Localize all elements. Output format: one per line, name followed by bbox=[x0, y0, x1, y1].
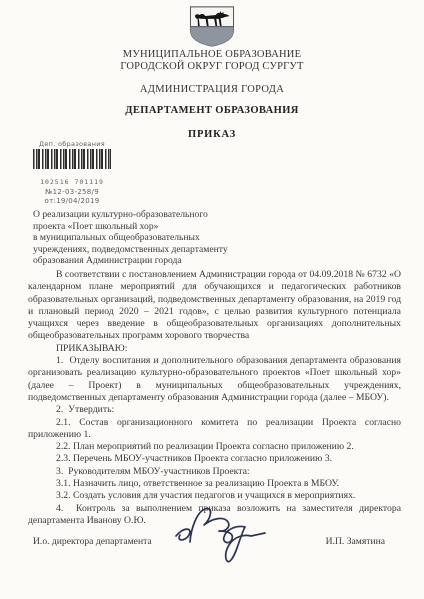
signer-name: И.П. Замятина bbox=[326, 536, 385, 547]
order-item: 1. Отделу воспитания и дополнительного о… bbox=[28, 355, 401, 404]
order-item: 2.2. План мероприятий по реализации Прое… bbox=[28, 441, 401, 453]
document-header: МУНИЦИПАЛЬНОЕ ОБРАЗОВАНИЕ ГОРОДСКОЙ ОКРУ… bbox=[0, 49, 424, 140]
barcode-digits: 102516 701119 bbox=[38, 178, 106, 186]
order-item: 2.3. Перечень МБОУ-участников Проекта со… bbox=[28, 453, 401, 465]
subject-line: в муниципальных общеобразовательных bbox=[33, 232, 273, 244]
registration-number: №12-03-258/9 bbox=[29, 188, 115, 197]
registration-stamp: Деп. образования 102516 701119 №12-03-25… bbox=[29, 140, 115, 205]
document-type-title: ПРИКАЗ bbox=[0, 129, 424, 140]
barcode-icon bbox=[33, 149, 111, 169]
order-body: В соответствии с постановлением Админист… bbox=[28, 269, 401, 527]
subject-line: О реализации культурно-образовательного bbox=[33, 209, 273, 221]
order-item: 3.1. Назначить лицо, ответственное за ре… bbox=[28, 478, 401, 490]
order-item: 3. Руководителям МБОУ-участников Проекта… bbox=[28, 466, 401, 478]
org-name-line1: МУНИЦИПАЛЬНОЕ ОБРАЗОВАНИЕ bbox=[0, 49, 424, 61]
subject-line: учреждениях, подведомственных департамен… bbox=[33, 244, 273, 256]
order-subject: О реализации культурно-образовательного … bbox=[33, 209, 273, 267]
surgut-coat-of-arms-icon bbox=[189, 5, 235, 48]
intro-paragraph: В соответствии с постановлением Админист… bbox=[28, 269, 401, 343]
department-line: ДЕПАРТАМЕНТ ОБРАЗОВАНИЯ bbox=[0, 105, 424, 116]
subject-line: образования Администрации города bbox=[33, 255, 273, 267]
handwritten-signature-icon bbox=[168, 498, 298, 570]
administration-line: АДМИНИСТРАЦИЯ ГОРОДА bbox=[0, 84, 424, 95]
order-document-page: МУНИЦИПАЛЬНОЕ ОБРАЗОВАНИЕ ГОРОДСКОЙ ОКРУ… bbox=[0, 0, 424, 599]
registration-date: от:19/04/2019 bbox=[29, 197, 115, 206]
order-item: 2.1. Состав организационного комитета по… bbox=[28, 417, 401, 442]
signer-position: И.о. директора департамента bbox=[33, 536, 152, 547]
subject-line: проекта «Поет школьный хор» bbox=[33, 221, 273, 233]
resolution-word: ПРИКАЗЫВАЮ: bbox=[28, 343, 401, 355]
stamp-department-label: Деп. образования bbox=[29, 140, 115, 148]
order-item: 2. Утвердить: bbox=[28, 404, 401, 416]
org-name-line2: ГОРОДСКОЙ ОКРУГ ГОРОД СУРГУТ bbox=[0, 61, 424, 73]
